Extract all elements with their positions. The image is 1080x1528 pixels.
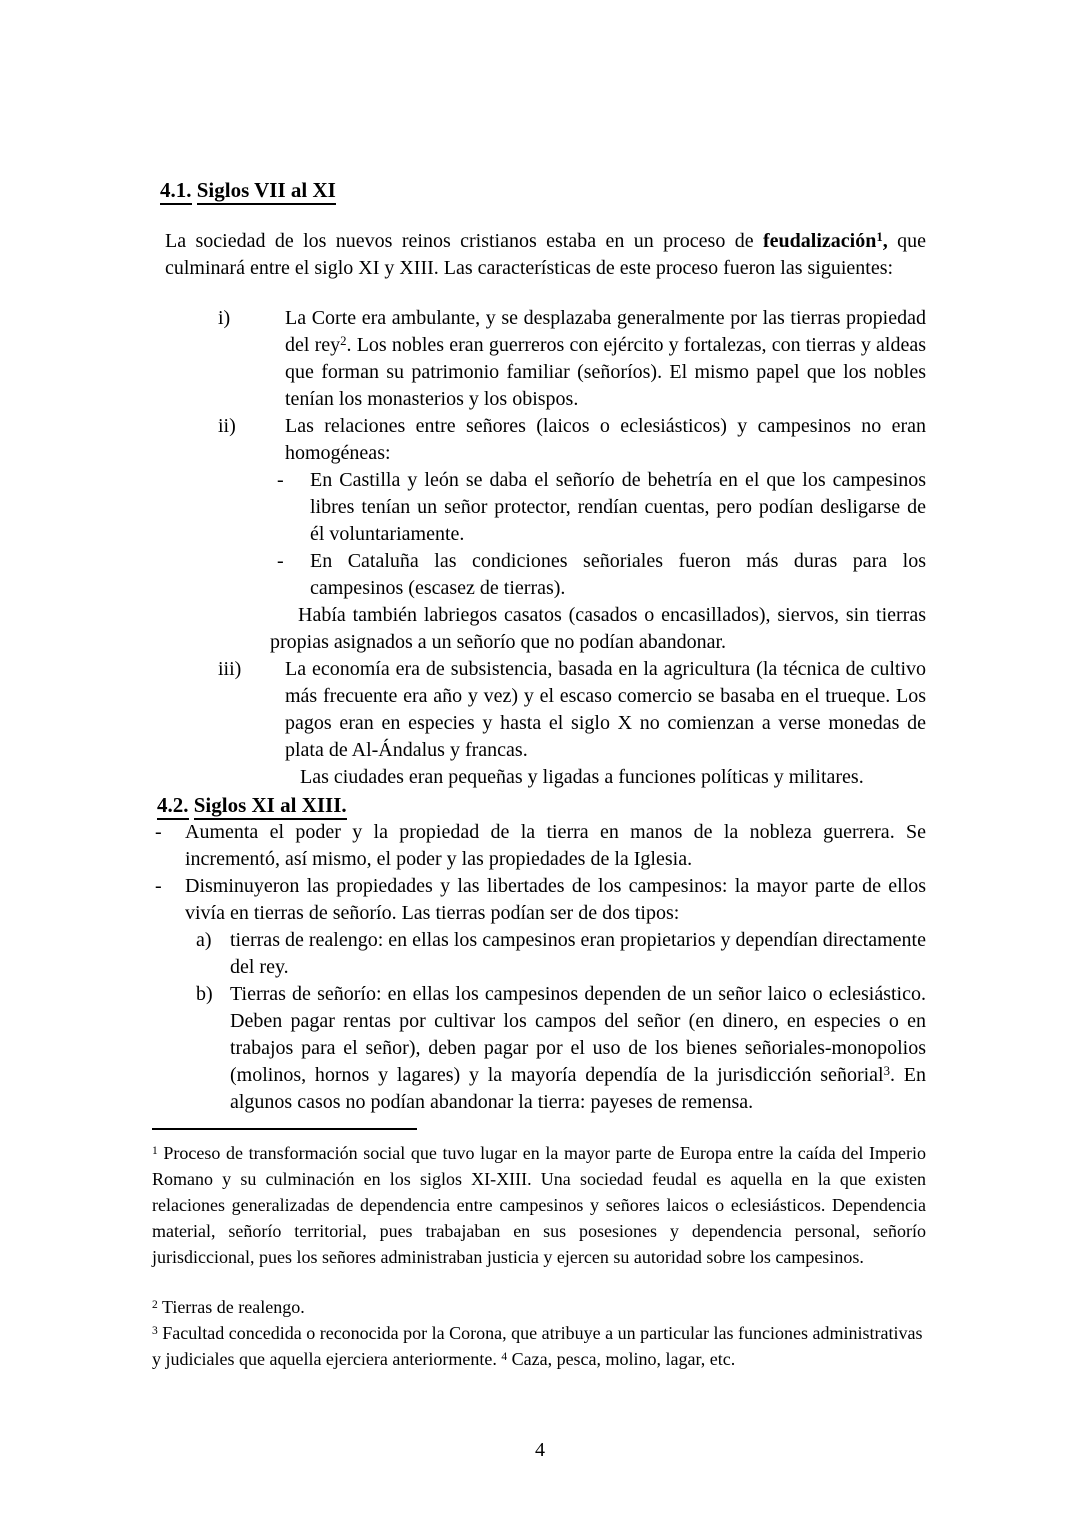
letter-marker-b: b)	[196, 981, 213, 1008]
footnote-marker: 3	[152, 1325, 158, 1337]
sub-bullet-item-cataluna: -En Cataluña las condiciones señoriales …	[160, 548, 926, 602]
roman-list-item-iii: iii)La economía era de subsistencia, bas…	[160, 656, 926, 764]
page-content: 4.1. Siglos VII al XI La sociedad de los…	[160, 176, 926, 1372]
footnote-3: 3 Facultad concedida o reconocida por la…	[152, 1320, 926, 1372]
item-a-text: tierras de realengo: en ellas los campes…	[230, 929, 926, 978]
dash-list-item-disminuyeron: -Disminuyeron las propiedades y las libe…	[155, 873, 926, 927]
footnote-2: 2 Tierras de realengo.	[152, 1294, 926, 1320]
sub-item-text: En Castilla y león se daba el señorío de…	[310, 469, 926, 545]
intro-text-pre: La sociedad de los nuevos reinos cristia…	[165, 230, 763, 252]
letter-list-item-a: a)tierras de realengo: en ellas los camp…	[160, 927, 926, 981]
dash-marker: -	[155, 873, 162, 900]
dash-item-text: Disminuyeron las propiedades y las liber…	[185, 875, 926, 924]
dash-item-text: Aumenta el poder y la propiedad de la ti…	[185, 821, 926, 870]
item-i-text-post: . Los nobles eran guerreros con ejército…	[285, 334, 926, 410]
dash-marker: -	[277, 467, 284, 494]
feudalizacion-bold: feudalización1,	[763, 230, 888, 252]
footnote-ref-1: 1	[876, 230, 882, 244]
heading-number: 4.2.	[157, 793, 189, 820]
intro-paragraph: La sociedad de los nuevos reinos cristia…	[165, 228, 926, 282]
bold-term: feudalización	[763, 230, 876, 252]
letter-list-item-b: b)Tierras de señorío: en ellas los campe…	[160, 981, 926, 1116]
roman-numeral-list: i)La Corte era ambulante, y se desplazab…	[160, 305, 926, 791]
sub-bullet-item-castilla: -En Castilla y león se daba el señorío d…	[160, 467, 926, 548]
footnote-text: Tierras de realengo.	[162, 1297, 305, 1317]
roman-marker-iii: iii)	[218, 656, 241, 683]
roman-marker-ii: ii)	[218, 413, 236, 440]
document-page: 4.1. Siglos VII al XI La sociedad de los…	[0, 0, 1080, 1528]
section-heading-4-2: 4.2. Siglos XI al XIII.	[157, 791, 926, 819]
footnote-separator	[152, 1128, 417, 1130]
item-iii-text: La economía era de subsistencia, basada …	[285, 658, 926, 761]
heading-number: 4.1.	[160, 178, 192, 205]
item-ii-text: Las relaciones entre señores (laicos o e…	[285, 415, 926, 464]
roman-list-item-ii: ii)Las relaciones entre señores (laicos …	[160, 413, 926, 467]
footnote-marker: 2	[152, 1299, 158, 1311]
dash-marker: -	[277, 548, 284, 575]
heading-title: Siglos VII al XI	[197, 178, 336, 205]
dash-marker: -	[155, 819, 162, 846]
roman-list-item-i: i)La Corte era ambulante, y se desplazab…	[160, 305, 926, 413]
section-heading-4-1: 4.1. Siglos VII al XI	[160, 176, 926, 204]
item-b-text-pre: Tierras de señorío: en ellas los campesi…	[230, 983, 926, 1086]
dash-list-item-aumenta: -Aumenta el poder y la propiedad de la t…	[155, 819, 926, 873]
heading-title: Siglos XI al XIII.	[194, 793, 347, 820]
habia-paragraph: Había también labriegos casatos (casados…	[270, 602, 926, 656]
footnote-ref-4: 4	[501, 1351, 507, 1363]
letter-marker-a: a)	[196, 927, 212, 954]
footnote-1: 1 Proceso de transformación social que t…	[152, 1140, 926, 1270]
footnote-text: Proceso de transformación social que tuv…	[152, 1143, 926, 1267]
footnote-ref-3: 3	[884, 1064, 890, 1078]
roman-marker-i: i)	[218, 305, 230, 332]
footnote-marker: 1	[152, 1145, 158, 1157]
footnote-text-post: Caza, pesca, molino, lagar, etc.	[507, 1349, 735, 1369]
sub-item-text: En Cataluña las condiciones señoriales f…	[310, 550, 926, 599]
ciudades-line: Las ciudades eran pequeñas y ligadas a f…	[300, 764, 926, 791]
footnote-ref-2: 2	[340, 334, 346, 348]
page-number: 4	[0, 1437, 1080, 1464]
